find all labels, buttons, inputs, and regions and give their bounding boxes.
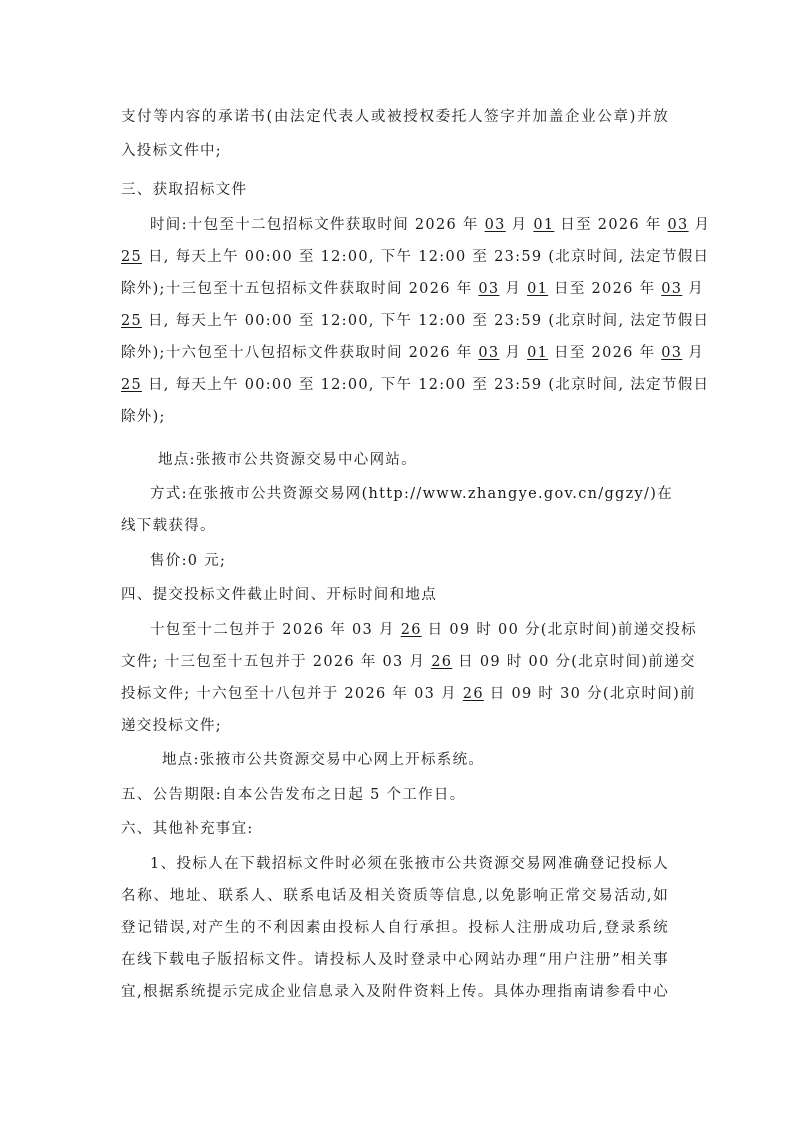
submission-deadline-line: 文件; 十三包至十五包并于 2026 年 03 月 26 日 09 时 00 分…	[121, 652, 669, 672]
section-heading-4: 四、提交投标文件截止时间、开标时间和地点	[121, 585, 669, 605]
acquisition-time-line: 除外);十三包至十五包招标文件获取时间 2026 年 03 月 01 日至 20…	[121, 279, 669, 299]
supplementary-paragraph-line: 宜,根据系统提示完成企业信息录入及附件资料上传。具体办理指南请参看中心	[121, 982, 669, 1002]
underlined-day: 26	[401, 622, 422, 638]
supplementary-paragraph-line: 1、投标人在下载招标文件时必须在张掖市公共资源交易网准确登记投标人	[150, 854, 669, 874]
submission-deadline-line: 十包至十二包并于 2026 年 03 月 26 日 09 时 00 分(北京时间…	[150, 620, 669, 640]
section-heading-6: 六、其他补充事宜:	[121, 819, 669, 839]
supplementary-paragraph-line: 名称、地址、联系人、联系电话及相关资质等信息,以免影响正常交易活动,如	[121, 886, 669, 906]
document-page: 支付等内容的承诺书(由法定代表人或被授权委托人签字并加盖企业公章)并放 入投标文…	[0, 0, 793, 1122]
bid-opening-location: 地点:张掖市公共资源交易中心网上开标系统。	[162, 750, 710, 770]
underlined-month: 03	[485, 217, 506, 233]
acquisition-time-line: 25 日, 每天上午 00:00 至 12:00, 下午 12:00 至 23:…	[121, 375, 669, 395]
acquisition-time-line: 时间:十包至十二包招标文件获取时间 2026 年 03 月 01 日至 2026…	[150, 215, 669, 235]
paragraph-line: 入投标文件中;	[121, 141, 669, 161]
section-heading-3: 三、获取招标文件	[121, 180, 669, 200]
acquisition-method-cont: 线下载获得。	[121, 516, 669, 536]
document-price: 售价:0 元;	[150, 551, 698, 571]
submission-deadline-line: 投标文件; 十六包至十八包并于 2026 年 03 月 26 日 09 时 30…	[121, 684, 669, 704]
acquisition-location: 地点:张掖市公共资源交易中心网站。	[158, 450, 706, 470]
acquisition-time-line: 除外);	[121, 407, 669, 427]
paragraph-line: 支付等内容的承诺书(由法定代表人或被授权委托人签字并加盖企业公章)并放	[121, 107, 669, 127]
supplementary-paragraph-line: 登记错误,对产生的不利因素由投标人自行承担。投标人注册成功后,登录系统	[121, 918, 669, 938]
acquisition-time-line: 25 日, 每天上午 00:00 至 12:00, 下午 12:00 至 23:…	[121, 247, 669, 267]
underlined-day: 01	[533, 217, 554, 233]
submission-deadline-line: 递交投标文件;	[121, 716, 669, 736]
acquisition-time-line: 除外);十六包至十八包招标文件获取时间 2026 年 03 月 01 日至 20…	[121, 343, 669, 363]
supplementary-paragraph-line: 在线下载电子版招标文件。请投标人及时登录中心网站办理“用户注册”相关事	[121, 950, 669, 970]
underlined-day: 25	[121, 249, 142, 265]
time-label: 时间:	[150, 217, 188, 233]
section-heading-5: 五、公告期限:自本公告发布之日起 5 个工作日。	[121, 785, 669, 805]
acquisition-time-line: 25 日, 每天上午 00:00 至 12:00, 下午 12:00 至 23:…	[121, 311, 669, 331]
underlined-month: 03	[668, 217, 689, 233]
acquisition-method: 方式:在张掖市公共资源交易网(http://www.zhangye.gov.cn…	[150, 484, 669, 504]
